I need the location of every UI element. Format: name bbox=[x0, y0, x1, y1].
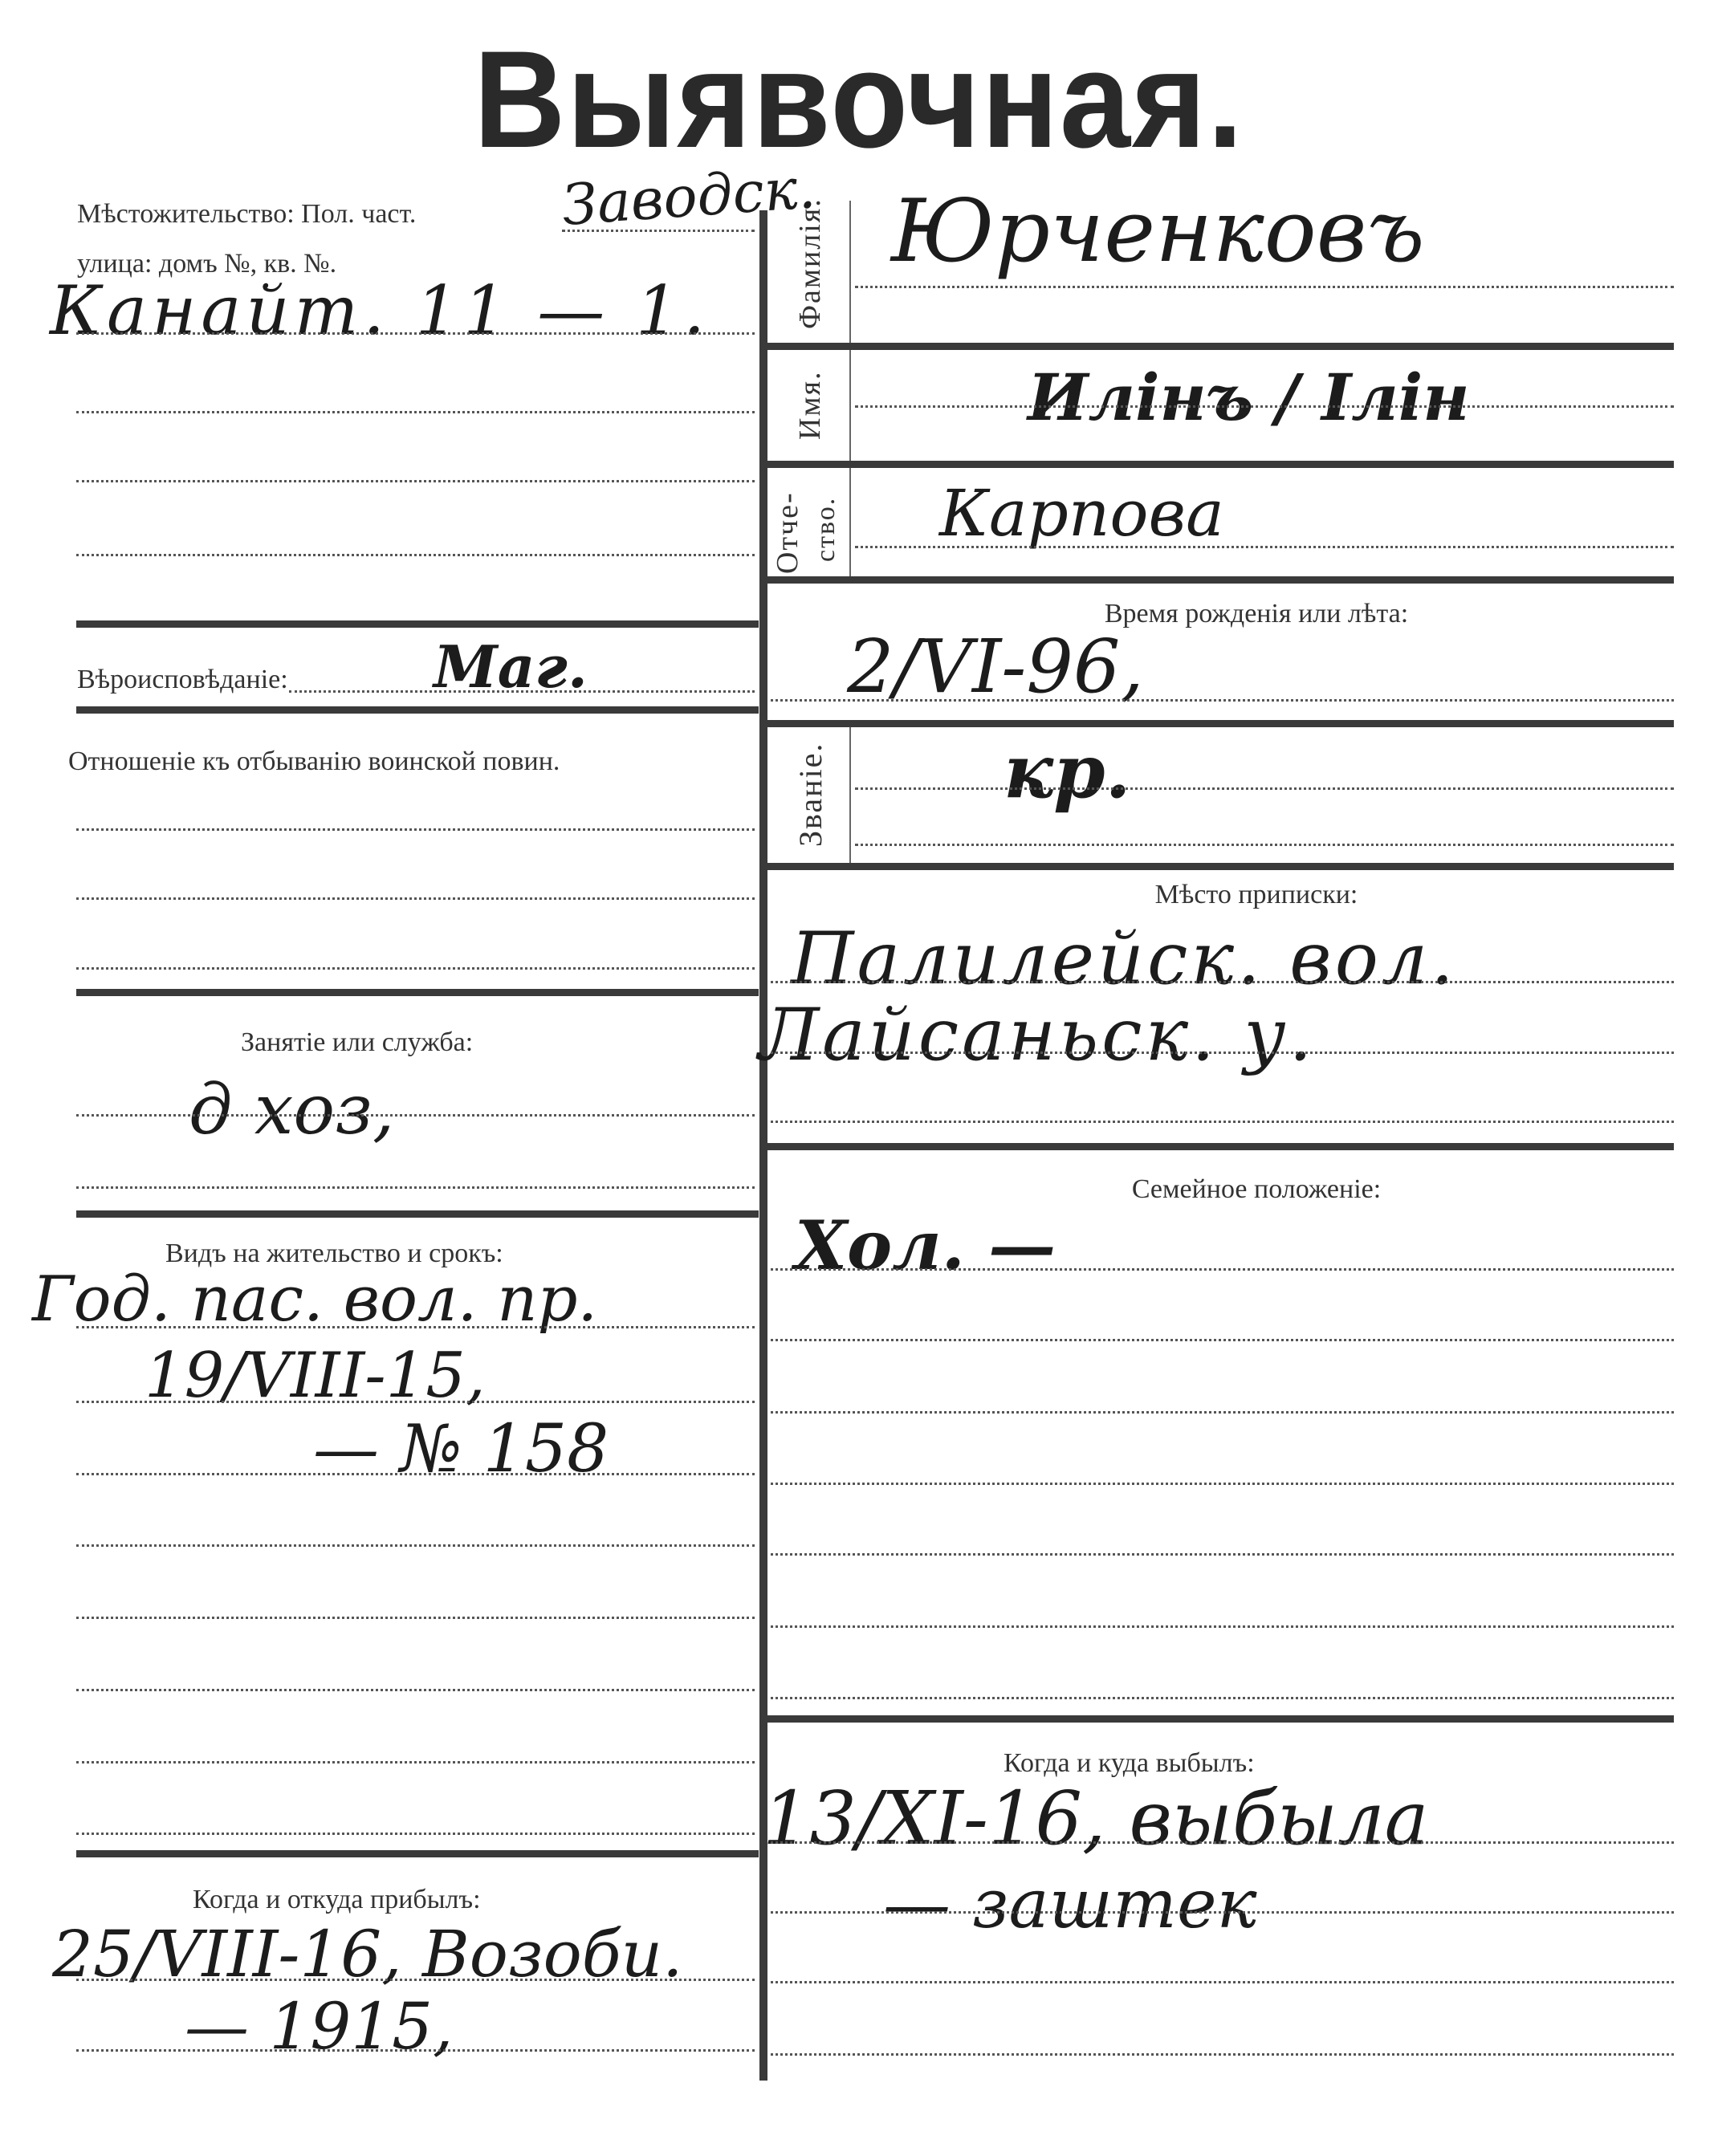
residence-dotted-line bbox=[562, 230, 755, 232]
surname-label: Фамилія. bbox=[795, 197, 825, 329]
residence-dotted-line bbox=[76, 480, 755, 482]
section-rule bbox=[767, 461, 1674, 468]
label-column-divider bbox=[849, 727, 851, 865]
surname-value[interactable]: Юрченковъ bbox=[891, 189, 1425, 275]
section-rule bbox=[76, 620, 759, 628]
permit-dotted-line bbox=[76, 1544, 755, 1547]
registration-dotted-line bbox=[771, 1121, 1674, 1123]
residence-permit-value-line2[interactable]: 19/VIII-15, bbox=[145, 1344, 486, 1407]
residence-dotted-line bbox=[76, 332, 755, 335]
registration-place-value-line2[interactable]: Лайсаньск. у. bbox=[759, 999, 1315, 1072]
section-rule bbox=[767, 863, 1674, 870]
arrival-label: Когда и откуда прибылъ: bbox=[193, 1886, 481, 1914]
rank-label: Званіе. bbox=[795, 742, 827, 847]
marital-dotted-line bbox=[771, 1553, 1674, 1556]
arrival-value-line1[interactable]: 25/VIII-16, Возоби. bbox=[52, 1922, 683, 1987]
residence-label-line1: Мѣстожительство: Пол. част. bbox=[77, 201, 416, 228]
patronymic-label-line2: ство. bbox=[812, 497, 840, 562]
section-rule bbox=[76, 706, 759, 714]
departure-dotted-line bbox=[771, 1911, 1674, 1914]
permit-dotted-line bbox=[76, 1689, 755, 1691]
section-rule bbox=[767, 720, 1674, 727]
occupation-dotted-line bbox=[76, 1114, 755, 1117]
section-rule bbox=[76, 1850, 759, 1857]
residence-permit-value-line1[interactable]: Год. пас. вол. пр. bbox=[32, 1268, 597, 1331]
section-rule bbox=[767, 576, 1674, 584]
departure-dotted-line bbox=[771, 1841, 1674, 1844]
military-dotted-line bbox=[76, 967, 755, 970]
marital-status-label: Семейное положеніе: bbox=[843, 1176, 1670, 1203]
military-service-label: Отношеніе къ отбыванію воинской повин. bbox=[68, 748, 560, 775]
permit-dotted-line bbox=[76, 1617, 755, 1619]
marital-dotted-line bbox=[771, 1268, 1674, 1271]
section-rule bbox=[767, 1715, 1674, 1723]
marital-dotted-line bbox=[771, 1697, 1674, 1699]
section-rule bbox=[767, 1143, 1674, 1150]
religion-value[interactable]: Маг. bbox=[434, 638, 588, 696]
registration-place-value-line1[interactable]: Палилейск. вол. bbox=[791, 923, 1457, 995]
departure-dotted-line bbox=[771, 1981, 1674, 1983]
marital-dotted-line bbox=[771, 1339, 1674, 1341]
patronymic-value[interactable]: Карпова bbox=[939, 482, 1224, 546]
departure-dotted-line bbox=[771, 2053, 1674, 2056]
first-name-value[interactable]: Илінъ / Ілін bbox=[1028, 365, 1470, 429]
residence-district-value[interactable]: Заводск. bbox=[560, 160, 817, 234]
marital-dotted-line bbox=[771, 1411, 1674, 1414]
label-column-divider bbox=[849, 201, 851, 578]
patronymic-dotted-line bbox=[855, 546, 1674, 548]
section-rule bbox=[76, 989, 759, 996]
registration-dotted-line bbox=[771, 1052, 1674, 1054]
marital-dotted-line bbox=[771, 1625, 1674, 1628]
permit-dotted-line bbox=[76, 1473, 755, 1475]
registration-dotted-line bbox=[771, 981, 1674, 983]
surname-dotted-line bbox=[855, 286, 1674, 288]
first-name-dotted-line bbox=[855, 405, 1674, 408]
departure-value-line1[interactable]: 13/XI-16, выбыла bbox=[763, 1782, 1429, 1856]
permit-dotted-line bbox=[76, 1401, 755, 1403]
religion-dotted-line bbox=[289, 690, 755, 693]
first-name-label: Имя. bbox=[795, 371, 825, 440]
rank-dotted-line bbox=[855, 787, 1674, 790]
departure-label: Когда и куда выбылъ: bbox=[1004, 1750, 1255, 1777]
religion-label: Вѣроисповѣданіе: bbox=[77, 666, 288, 694]
marital-dotted-line bbox=[771, 1483, 1674, 1485]
registration-place-label: Мѣсто приписки: bbox=[843, 881, 1670, 909]
arrival-dotted-line bbox=[76, 1979, 755, 1981]
patronymic-label-line1: Отче- bbox=[772, 491, 803, 574]
residence-dotted-line bbox=[76, 411, 755, 413]
residence-dotted-line bbox=[76, 554, 755, 556]
rank-value[interactable]: кр. bbox=[1004, 734, 1131, 808]
occupation-label: Занятіе или служба: bbox=[241, 1029, 473, 1056]
permit-dotted-line bbox=[76, 1761, 755, 1763]
military-dotted-line bbox=[76, 828, 755, 831]
birth-value[interactable]: 2/VI-96, bbox=[847, 630, 1144, 704]
departure-value-line2[interactable]: — заштек bbox=[883, 1870, 1257, 1938]
permit-dotted-line bbox=[76, 1326, 755, 1328]
occupation-value[interactable]: д хоз, bbox=[189, 1076, 394, 1145]
birth-dotted-line bbox=[771, 699, 1674, 702]
section-rule bbox=[76, 1210, 759, 1218]
occupation-dotted-line bbox=[76, 1186, 755, 1189]
permit-dotted-line bbox=[76, 1833, 755, 1835]
form-title: Выявочная. bbox=[69, 31, 1650, 169]
arrival-dotted-line bbox=[76, 2049, 755, 2052]
section-rule bbox=[767, 343, 1674, 350]
rank-dotted-line bbox=[855, 844, 1674, 846]
military-dotted-line bbox=[76, 897, 755, 900]
